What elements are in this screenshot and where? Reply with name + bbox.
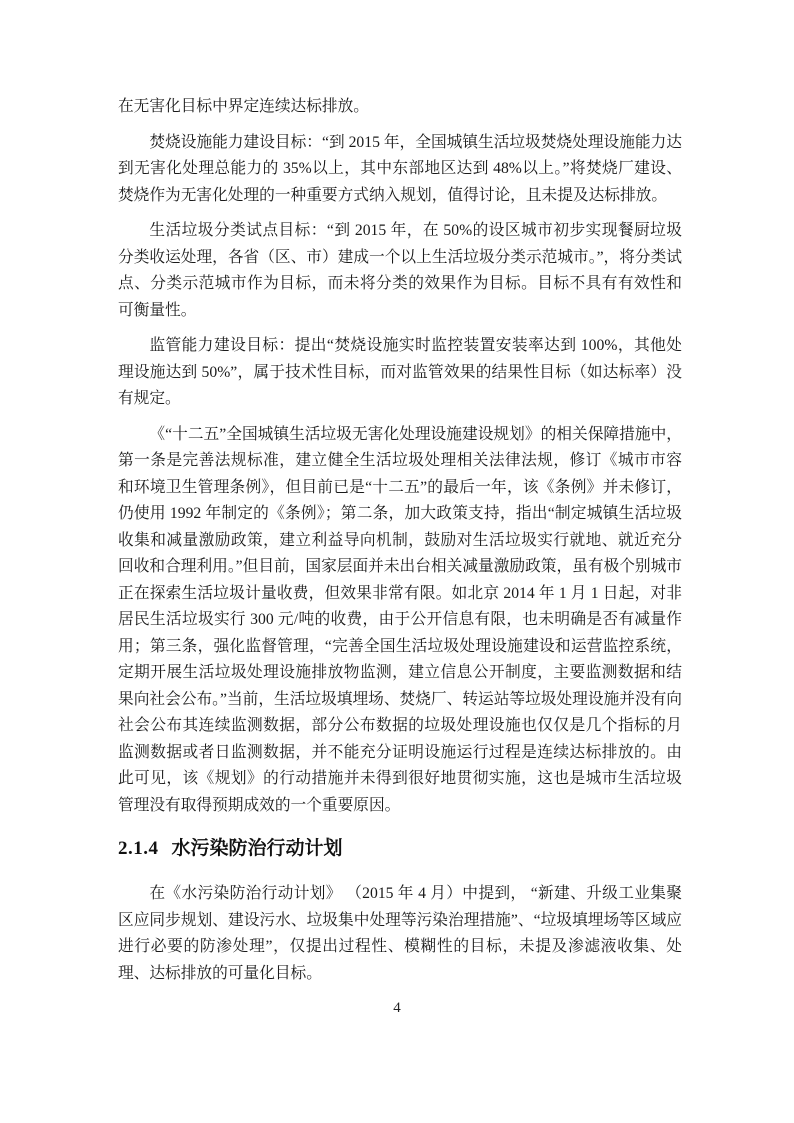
paragraph-twelfth-five-year-plan-measures: 《“十二五”全国城镇生活垃圾无害化处理设施建设规划》的相关保障措施中，第一条是完…	[118, 422, 682, 820]
paragraph-water-pollution-action-plan: 在《水污染防治行动计划》 （2015 年 4 月）中提到， “新建、升级工业集聚…	[118, 881, 682, 987]
paragraph-waste-sorting-pilot-goal: 生活垃圾分类试点目标：“到 2015 年，在 50%的设区城市初步实现餐厨垃圾分…	[118, 218, 682, 324]
paragraph-incineration-capacity-goal: 焚烧设施能力建设目标：“到 2015 年，全国城镇生活垃圾焚烧处理设施能力达到无…	[118, 130, 682, 210]
section-heading: 2.1.4水污染防治行动计划	[118, 835, 682, 863]
section-title: 水污染防治行动计划	[172, 838, 343, 859]
section-number: 2.1.4	[118, 838, 159, 859]
paragraph-continuation: 在无害化目标中界定连续达标排放。	[118, 94, 682, 121]
paragraph-supervision-capacity-goal: 监管能力建设目标：提出“焚烧设施实时监控装置安装率达到 100%，其他处理设施达…	[118, 333, 682, 413]
document-page: 在无害化目标中界定连续达标排放。 焚烧设施能力建设目标：“到 2015 年，全国…	[0, 0, 794, 1123]
page-number: 4	[0, 999, 794, 1017]
